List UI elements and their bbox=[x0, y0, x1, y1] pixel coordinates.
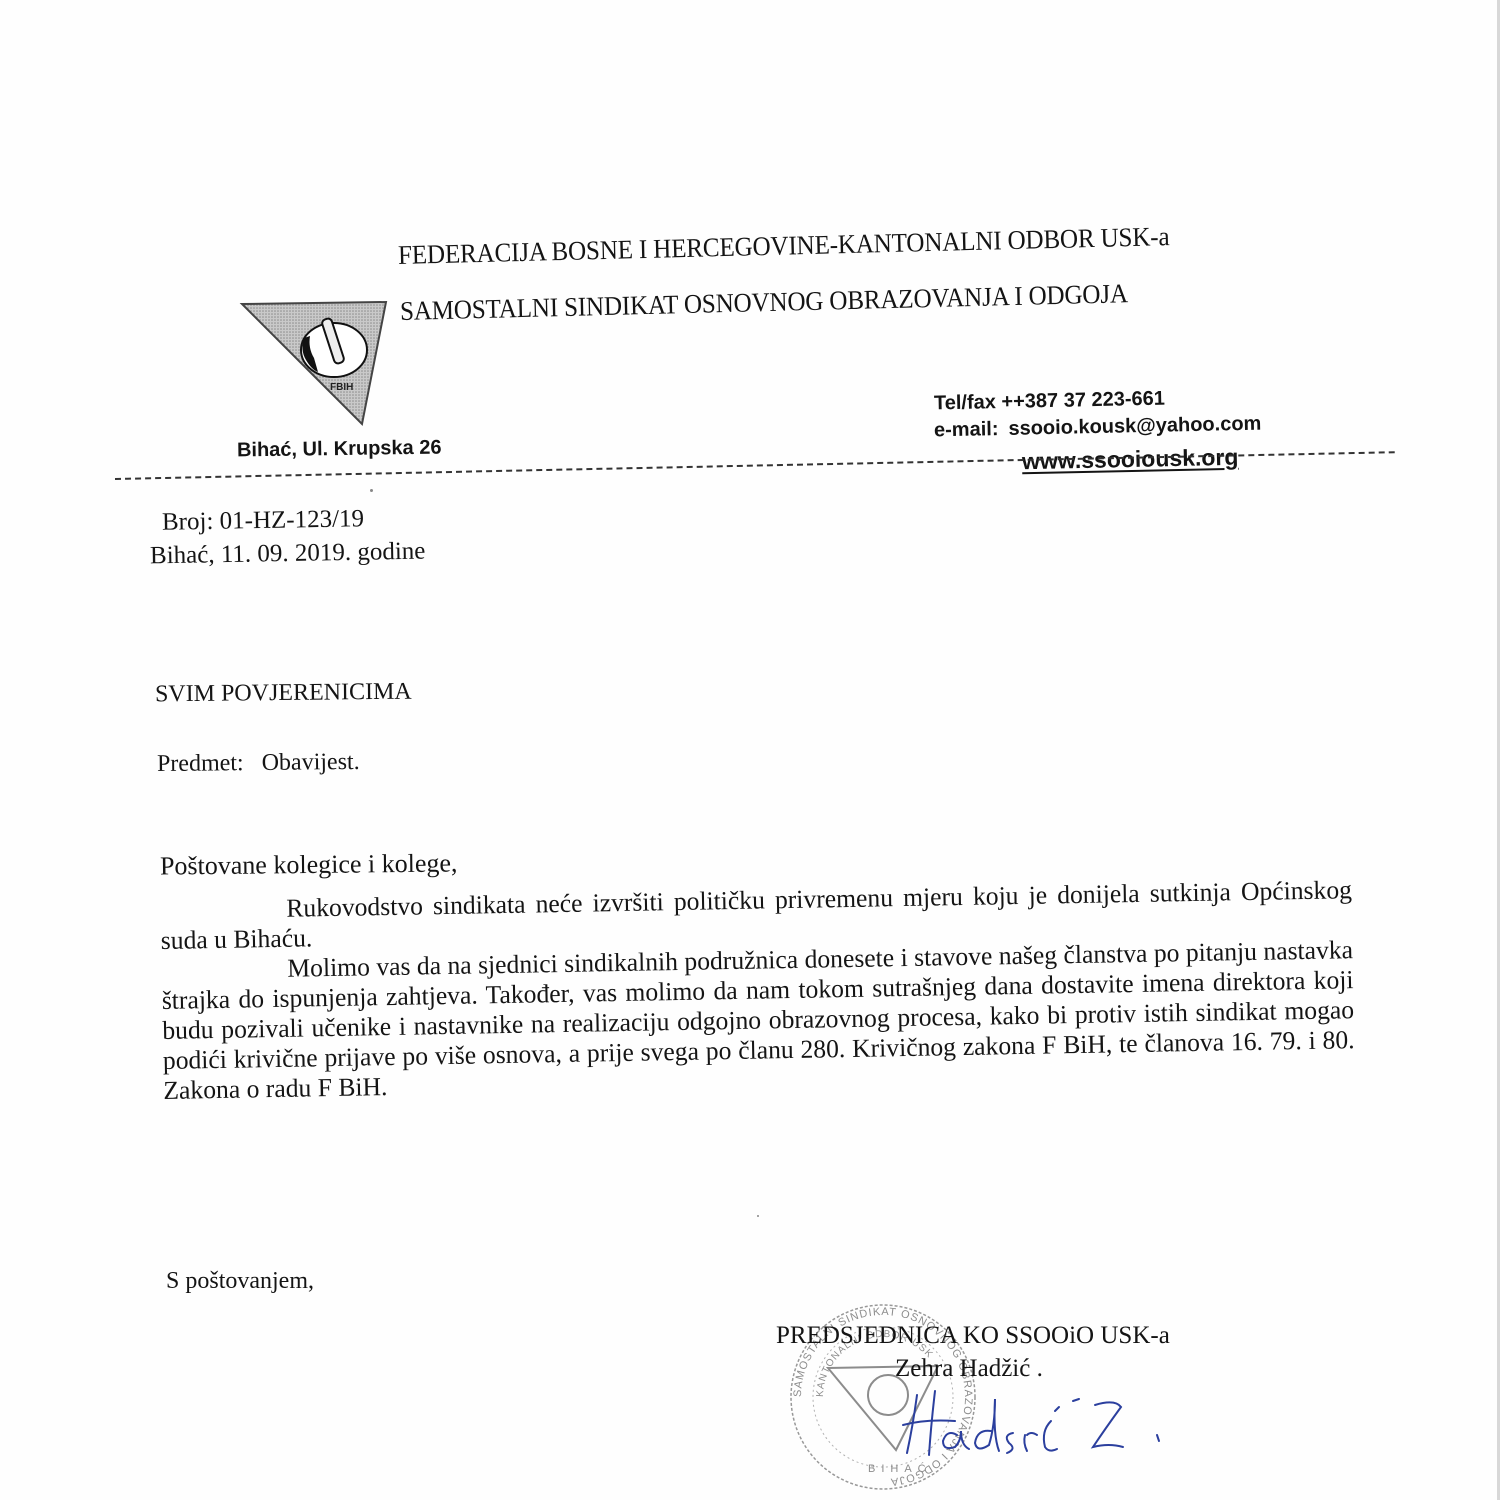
closing: S poštovanjem, bbox=[166, 1268, 314, 1295]
subject-line: Predmet:Obavijest. bbox=[157, 749, 360, 778]
signatory-title: PREDSJEDNICA KO SSOOiO USK-a bbox=[776, 1322, 1170, 1350]
union-logo-icon: FBIH bbox=[238, 298, 388, 428]
greeting: Poštovane kolegice i kolege, bbox=[160, 848, 458, 881]
scan-speck bbox=[370, 489, 373, 492]
svg-text:BIHAĆ: BIHAĆ bbox=[868, 1462, 932, 1475]
email-line: e-mail:ssooio.kousk@yahoo.com bbox=[934, 413, 1262, 443]
reference-number: Broj: 01-HZ-123/19 bbox=[162, 505, 365, 537]
scanned-letter-page: FEDERACIJA BOSNE I HERCEGOVINE-KANTONALN… bbox=[0, 0, 1500, 1500]
svg-text:FBIH: FBIH bbox=[330, 382, 353, 393]
subject-label: Predmet: bbox=[157, 750, 244, 777]
handwritten-signature-icon bbox=[895, 1385, 1165, 1460]
tel-fax: Tel/fax ++387 37 223-661 bbox=[934, 388, 1165, 416]
scan-speck bbox=[757, 1215, 759, 1217]
recipient: SVIM POVJERENICIMA bbox=[155, 679, 412, 709]
letterhead-line-2: SAMOSTALNI SINDIKAT OSNOVNOG OBRAZOVANJA… bbox=[400, 278, 1129, 327]
signatory-name: Zehra Hadžić . bbox=[895, 1355, 1043, 1383]
address: Bihać, Ul. Krupska 26 bbox=[237, 437, 442, 463]
body-paragraph-2: Molimo vas da na sjednici sindikalnih po… bbox=[161, 935, 1355, 1106]
letterhead-line-1: FEDERACIJA BOSNE I HERCEGOVINE-KANTONALN… bbox=[398, 221, 1170, 271]
letter-date: Bihać, 11. 09. 2019. godine bbox=[150, 538, 426, 571]
email-address[interactable]: ssooio.kousk@yahoo.com bbox=[1008, 413, 1261, 440]
letter-body: Rukovodstvo sindikata neće izvršiti poli… bbox=[160, 875, 1355, 1106]
email-label: e-mail: bbox=[934, 418, 999, 441]
subject-value: Obavijest. bbox=[262, 749, 360, 776]
